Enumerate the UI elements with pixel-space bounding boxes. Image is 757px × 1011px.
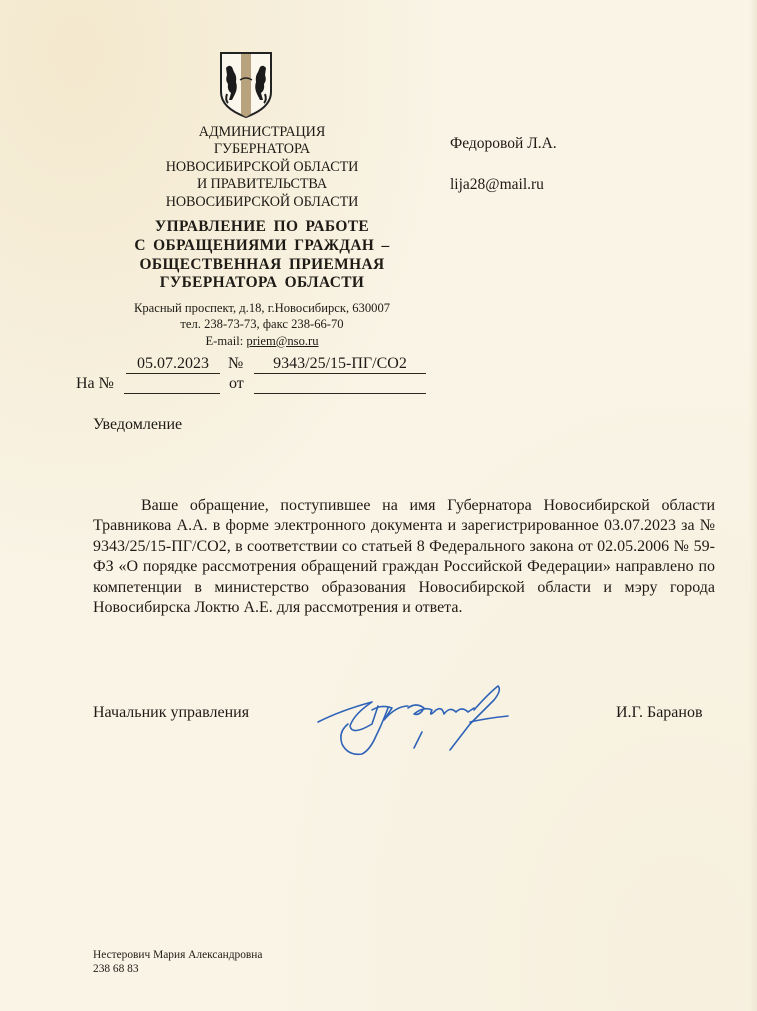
- dept-line: ГУБЕРНАТОРА ОБЛАСТИ: [92, 274, 432, 293]
- notification-body: Ваше обращение, поступившее на имя Губер…: [93, 496, 715, 618]
- from-field: [254, 375, 426, 394]
- postal-address: Красный проспект, д.18, г.Новосибирск, 6…: [82, 300, 442, 316]
- dept-line: С ОБРАЩЕНИЯМИ ГРАЖДАН –: [92, 237, 432, 256]
- email-row: E-mail: priem@nso.ru: [82, 333, 442, 349]
- organization-header: АДМИНИСТРАЦИЯ ГУБЕРНАТОРА НОВОСИБИРСКОЙ …: [92, 124, 432, 211]
- signatory-name: И.Г. Баранов: [616, 704, 703, 722]
- signatory-position: Начальник управления: [93, 704, 249, 722]
- recipient-email: lija28@mail.ru: [450, 176, 544, 194]
- department-header: УПРАВЛЕНИЕ ПО РАБОТЕ С ОБРАЩЕНИЯМИ ГРАЖД…: [92, 218, 432, 293]
- recipient-name: Федоровой Л.А.: [450, 135, 557, 153]
- phone-fax: тел. 238-73-73, факс 238-66-70: [82, 316, 442, 332]
- org-line: И ПРАВИТЕЛЬСТВА: [92, 176, 432, 193]
- document-page: АДМИНИСТРАЦИЯ ГУБЕРНАТОРА НОВОСИБИРСКОЙ …: [0, 0, 757, 1011]
- org-line: НОВОСИБИРСКОЙ ОБЛАСТИ: [92, 194, 432, 211]
- email-label: E-mail:: [205, 334, 246, 348]
- org-line: НОВОСИБИРСКОЙ ОБЛАСТИ: [92, 159, 432, 176]
- org-line: АДМИНИСТРАЦИЯ: [92, 124, 432, 141]
- coat-of-arms-icon: [218, 50, 274, 120]
- registration-date-row: 05.07.2023: [126, 355, 220, 374]
- contact-block: Красный проспект, д.18, г.Новосибирск, 6…: [82, 300, 442, 349]
- page-edge: [749, 0, 757, 1011]
- dept-line: ОБЩЕСТВЕННАЯ ПРИЕМНАЯ: [92, 256, 432, 275]
- executor-phone: 238 68 83: [93, 962, 262, 976]
- registration-number: 9343/25/15-ПГ/СО2: [254, 355, 426, 374]
- registration-date: 05.07.2023: [126, 355, 220, 374]
- handwritten-signature-icon: [312, 684, 532, 764]
- registration-number-sign: №: [228, 355, 243, 373]
- document-title: Уведомление: [93, 416, 182, 434]
- email-link[interactable]: priem@nso.ru: [246, 334, 318, 348]
- executor-name: Нестерович Мария Александровна: [93, 948, 262, 962]
- org-line: ГУБЕРНАТОРА: [92, 141, 432, 158]
- from-label: от: [229, 375, 244, 393]
- dept-line: УПРАВЛЕНИЕ ПО РАБОТЕ: [92, 218, 432, 237]
- executor-block: Нестерович Мария Александровна 238 68 83: [93, 948, 262, 976]
- reply-to-field: [124, 375, 220, 394]
- reply-to-label: На №: [76, 375, 114, 393]
